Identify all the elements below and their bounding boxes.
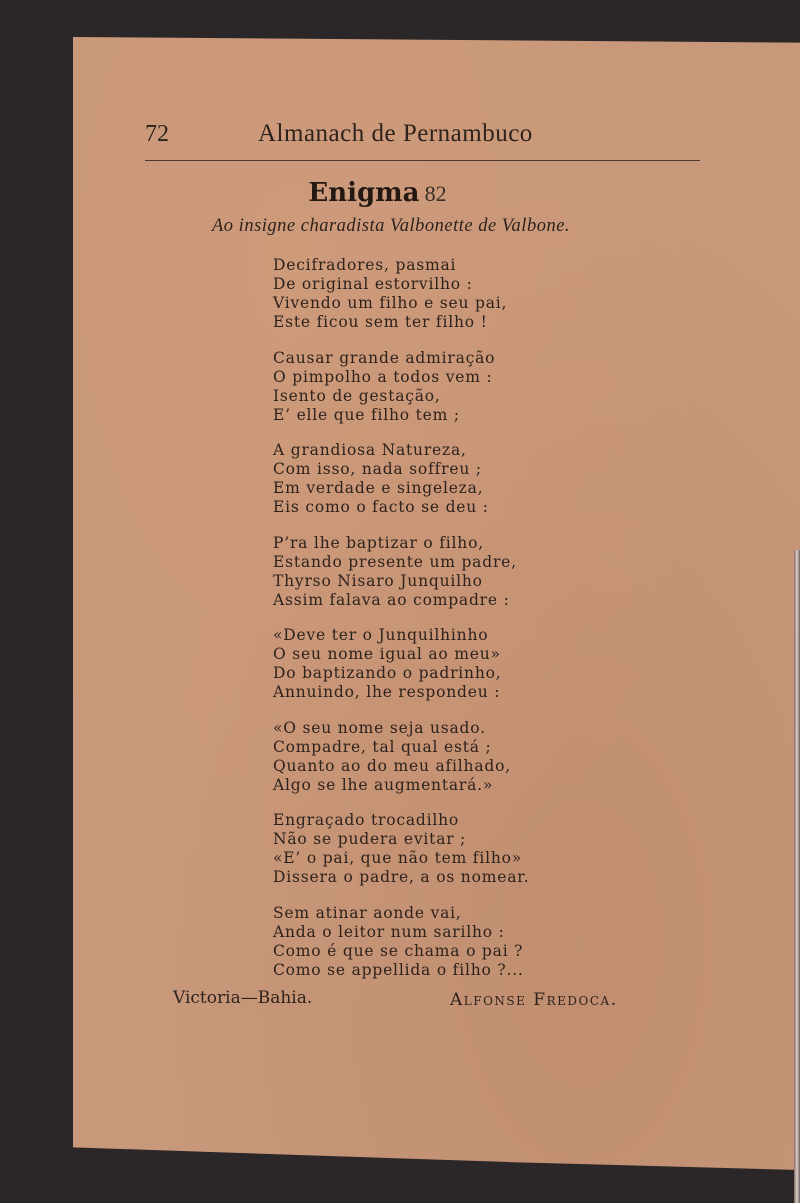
poem-line: Vivendo um filho e seu pai, bbox=[273, 294, 529, 313]
poem-line: Como é que se chama o pai ? bbox=[273, 942, 529, 961]
poem-line: Dissera o padre, a os nomear. bbox=[273, 868, 529, 887]
poem: Decifradores, pasmai De original estorvi… bbox=[273, 256, 529, 996]
title-label: Enigma bbox=[308, 178, 419, 208]
poem-line: Annuindo, lhe respondeu : bbox=[273, 683, 529, 702]
poem-line: De original estorvilho : bbox=[273, 275, 529, 294]
poem-line: Anda o leitor num sarilho : bbox=[273, 923, 529, 942]
poem-line: Decifradores, pasmai bbox=[273, 256, 529, 275]
dedication: Ao insigne charadista Valbonette de Valb… bbox=[212, 216, 570, 237]
poem-line: «Deve ter o Junquilhinho bbox=[273, 626, 529, 645]
poem-line: O pimpolho a todos vem : bbox=[273, 368, 529, 387]
poem-line: Engraçado trocadilho bbox=[273, 811, 529, 830]
stanza: Decifradores, pasmai De original estorvi… bbox=[273, 256, 529, 332]
poem-line: Do baptizando o padrinho, bbox=[273, 664, 529, 683]
stanza: Engraçado trocadilho Não se pudera evita… bbox=[273, 811, 529, 887]
poem-line: E’ elle que filho tem ; bbox=[273, 406, 529, 425]
stanza: P’ra lhe baptizar o filho, Estando prese… bbox=[273, 534, 529, 610]
running-title: Almanach de Pernambuco bbox=[258, 120, 533, 148]
poem-line: «E’ o pai, que não tem filho» bbox=[273, 849, 529, 868]
poem-line: Como se appellida o filho ?... bbox=[273, 961, 529, 980]
stanza: Causar grande admiração O pimpolho a tod… bbox=[273, 349, 529, 425]
poem-line: Compadre, tal qual está ; bbox=[273, 738, 529, 757]
poem-line: Algo se lhe augmentará.» bbox=[273, 776, 529, 795]
title-number: 82 bbox=[425, 181, 447, 206]
enigma-title: Enigma 82 bbox=[0, 178, 800, 208]
poem-line: Causar grande admiração bbox=[273, 349, 529, 368]
poem-line: «O seu nome seja usado. bbox=[273, 719, 529, 738]
stanza: «Deve ter o Junquilhinho O seu nome igua… bbox=[273, 626, 529, 702]
stanza: Sem atinar aonde vai, Anda o leitor num … bbox=[273, 904, 529, 980]
poem-line: Com isso, nada soffreu ; bbox=[273, 460, 529, 479]
poem-line: Quanto ao do meu afilhado, bbox=[273, 757, 529, 776]
poem-line: A grandiosa Natureza, bbox=[273, 441, 529, 460]
place-signature: Victoria—Bahia. bbox=[173, 988, 312, 1008]
author-signature: Alfonse Fredoca. bbox=[450, 990, 618, 1010]
poem-line: Thyrso Nisaro Junquilho bbox=[273, 572, 529, 591]
poem-line: Eis como o facto se deu : bbox=[273, 498, 529, 517]
page-number: 72 bbox=[145, 121, 169, 148]
stanza: «O seu nome seja usado. Compadre, tal qu… bbox=[273, 719, 529, 795]
poem-line: Isento de gestação, bbox=[273, 387, 529, 406]
poem-line: Não se pudera evitar ; bbox=[273, 830, 529, 849]
page-header: 72 Almanach de Pernambuco bbox=[145, 115, 700, 161]
poem-line: P’ra lhe baptizar o filho, bbox=[273, 534, 529, 553]
poem-line: Estando presente um padre, bbox=[273, 553, 529, 572]
poem-line: Em verdade e singeleza, bbox=[273, 479, 529, 498]
poem-line: O seu nome igual ao meu» bbox=[273, 645, 529, 664]
poem-line: Este ficou sem ter filho ! bbox=[273, 313, 529, 332]
stanza: A grandiosa Natureza, Com isso, nada sof… bbox=[273, 441, 529, 517]
poem-line: Assim falava ao compadre : bbox=[273, 591, 529, 610]
poem-line: Sem atinar aonde vai, bbox=[273, 904, 529, 923]
book-spine-edge bbox=[794, 550, 800, 1203]
